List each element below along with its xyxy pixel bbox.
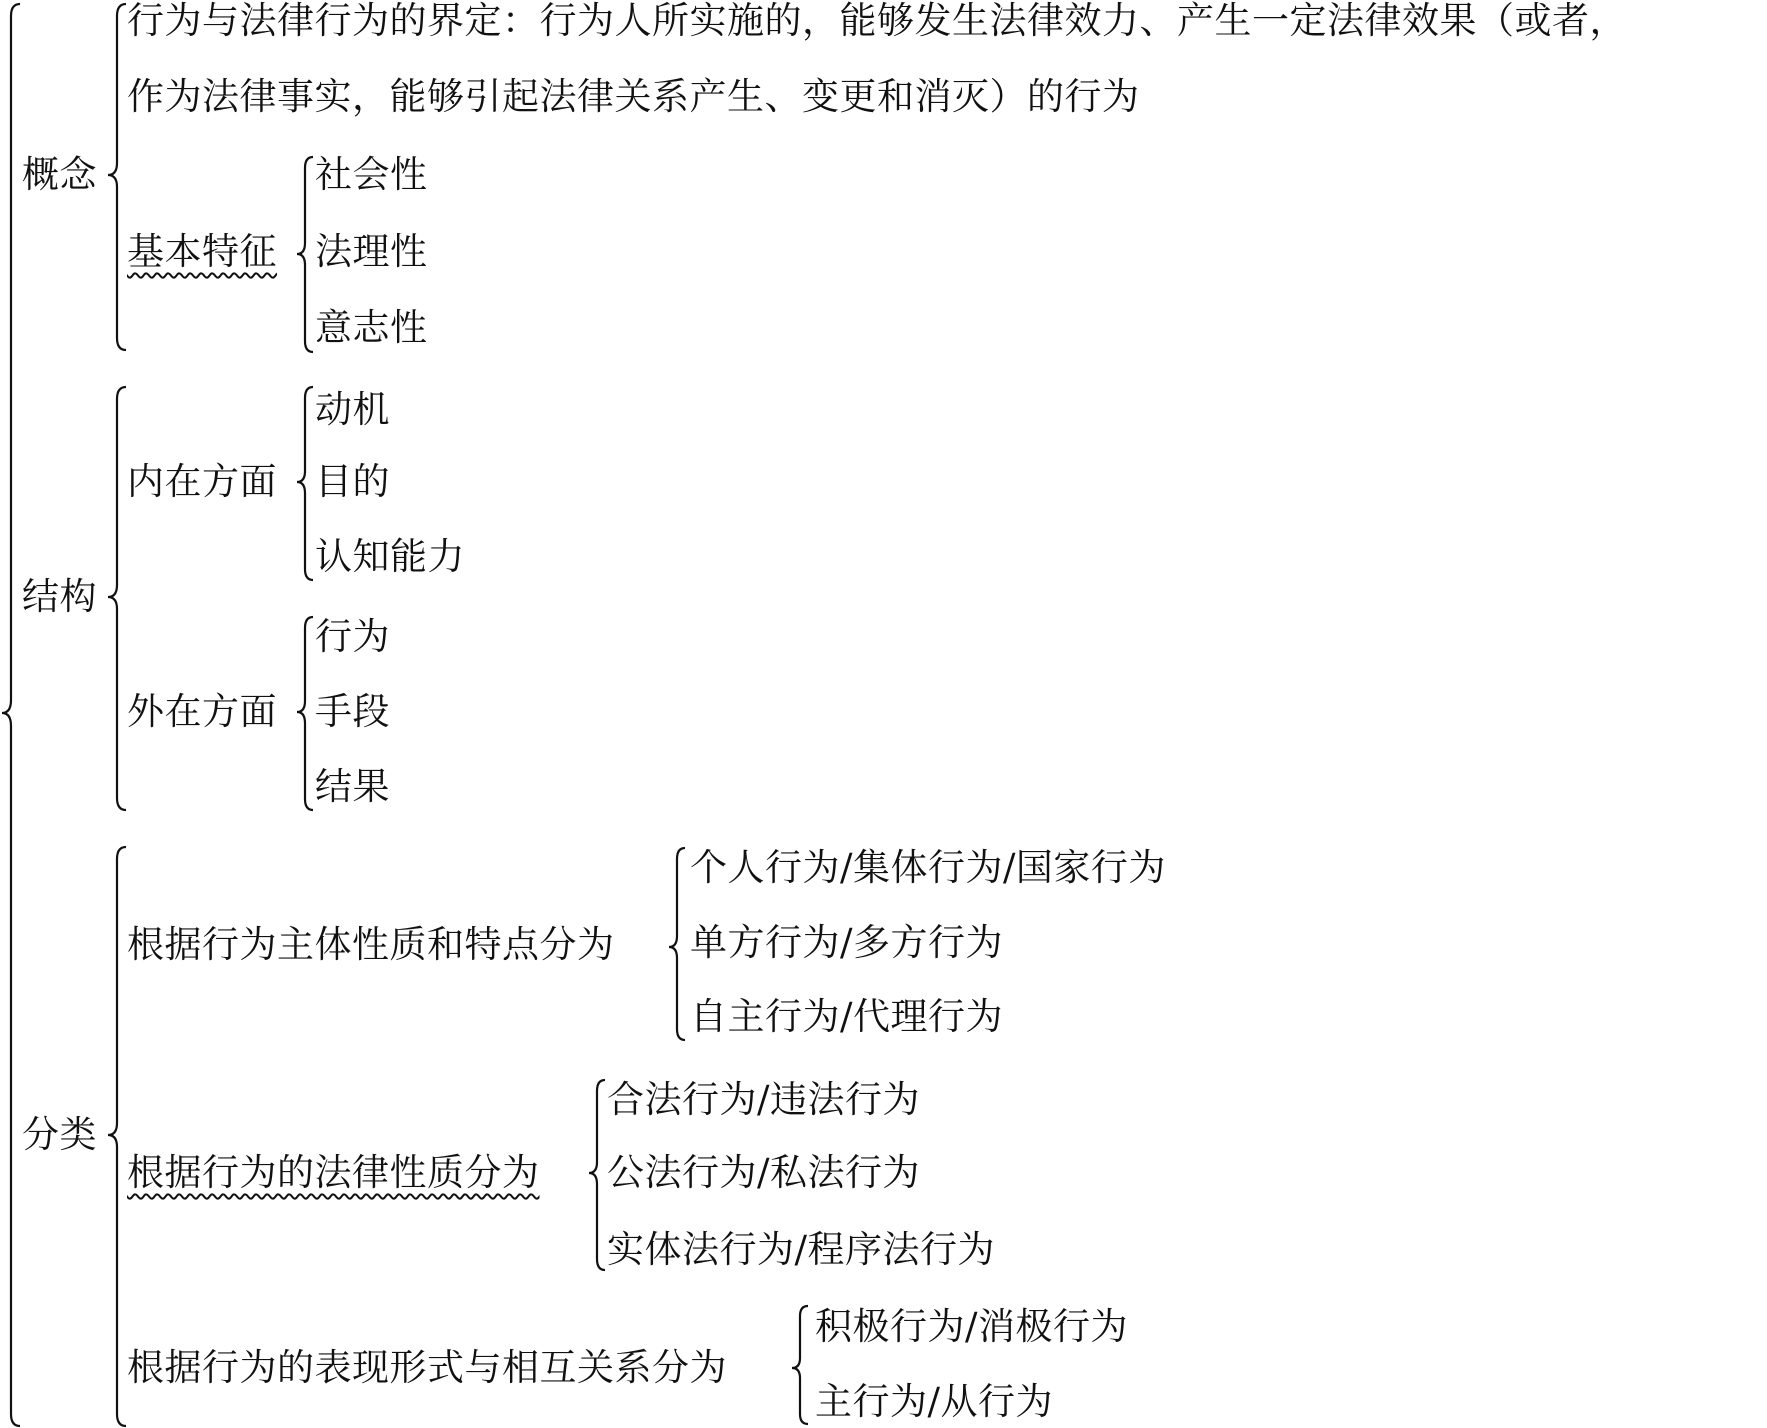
- internal-aspect-label: 内在方面: [127, 462, 277, 502]
- legal-nature-item: 实体法行为/程序法行为: [607, 1230, 995, 1270]
- feature-item: 社会性: [315, 155, 428, 195]
- features-label: 基本特征: [127, 232, 277, 272]
- internal-brace: [297, 387, 313, 580]
- legal-nature-item: 公法行为/私法行为: [607, 1153, 920, 1193]
- feature-item: 意志性: [315, 308, 428, 348]
- external-aspect-label: 外在方面: [127, 692, 277, 732]
- form-item: 主行为/从行为: [815, 1382, 1053, 1422]
- internal-item: 认知能力: [315, 537, 465, 577]
- form-item: 积极行为/消极行为: [815, 1307, 1128, 1347]
- internal-item: 目的: [315, 462, 390, 502]
- features-brace: [297, 157, 313, 352]
- outer-brace: [2, 4, 20, 1426]
- subject-item: 个人行为/集体行为/国家行为: [690, 848, 1166, 888]
- section-label-concept: 概念: [22, 155, 97, 195]
- section-label-classification: 分类: [22, 1115, 97, 1155]
- concept-brace: [108, 4, 126, 350]
- internal-item: 动机: [315, 390, 390, 430]
- structure-brace: [108, 387, 126, 810]
- form-basis-label: 根据行为的表现形式与相互关系分为: [127, 1348, 727, 1388]
- section-label-structure: 结构: [22, 577, 97, 617]
- subject-brace: [669, 848, 685, 1040]
- definition-line-2: 作为法律事实，能够引起法律关系产生、变更和消灭）的行为: [127, 77, 1140, 117]
- subject-basis-label: 根据行为主体性质和特点分为: [127, 925, 615, 965]
- legal-nature-brace: [589, 1080, 605, 1270]
- legal-nature-item: 合法行为/违法行为: [607, 1080, 920, 1120]
- classification-brace: [108, 847, 126, 1426]
- form-brace: [792, 1306, 808, 1424]
- external-item: 手段: [315, 692, 390, 732]
- external-item: 结果: [315, 767, 390, 807]
- legal-nature-basis-label: 根据行为的法律性质分为: [127, 1153, 540, 1193]
- definition-line-1: 行为与法律行为的界定：行为人所实施的，能够发生法律效力、产生一定法律效果（或者，: [127, 1, 1627, 41]
- external-brace: [297, 617, 313, 810]
- external-item: 行为: [315, 617, 390, 657]
- feature-item: 法理性: [315, 232, 428, 272]
- subject-item: 自主行为/代理行为: [690, 997, 1003, 1037]
- subject-item: 单方行为/多方行为: [690, 923, 1003, 963]
